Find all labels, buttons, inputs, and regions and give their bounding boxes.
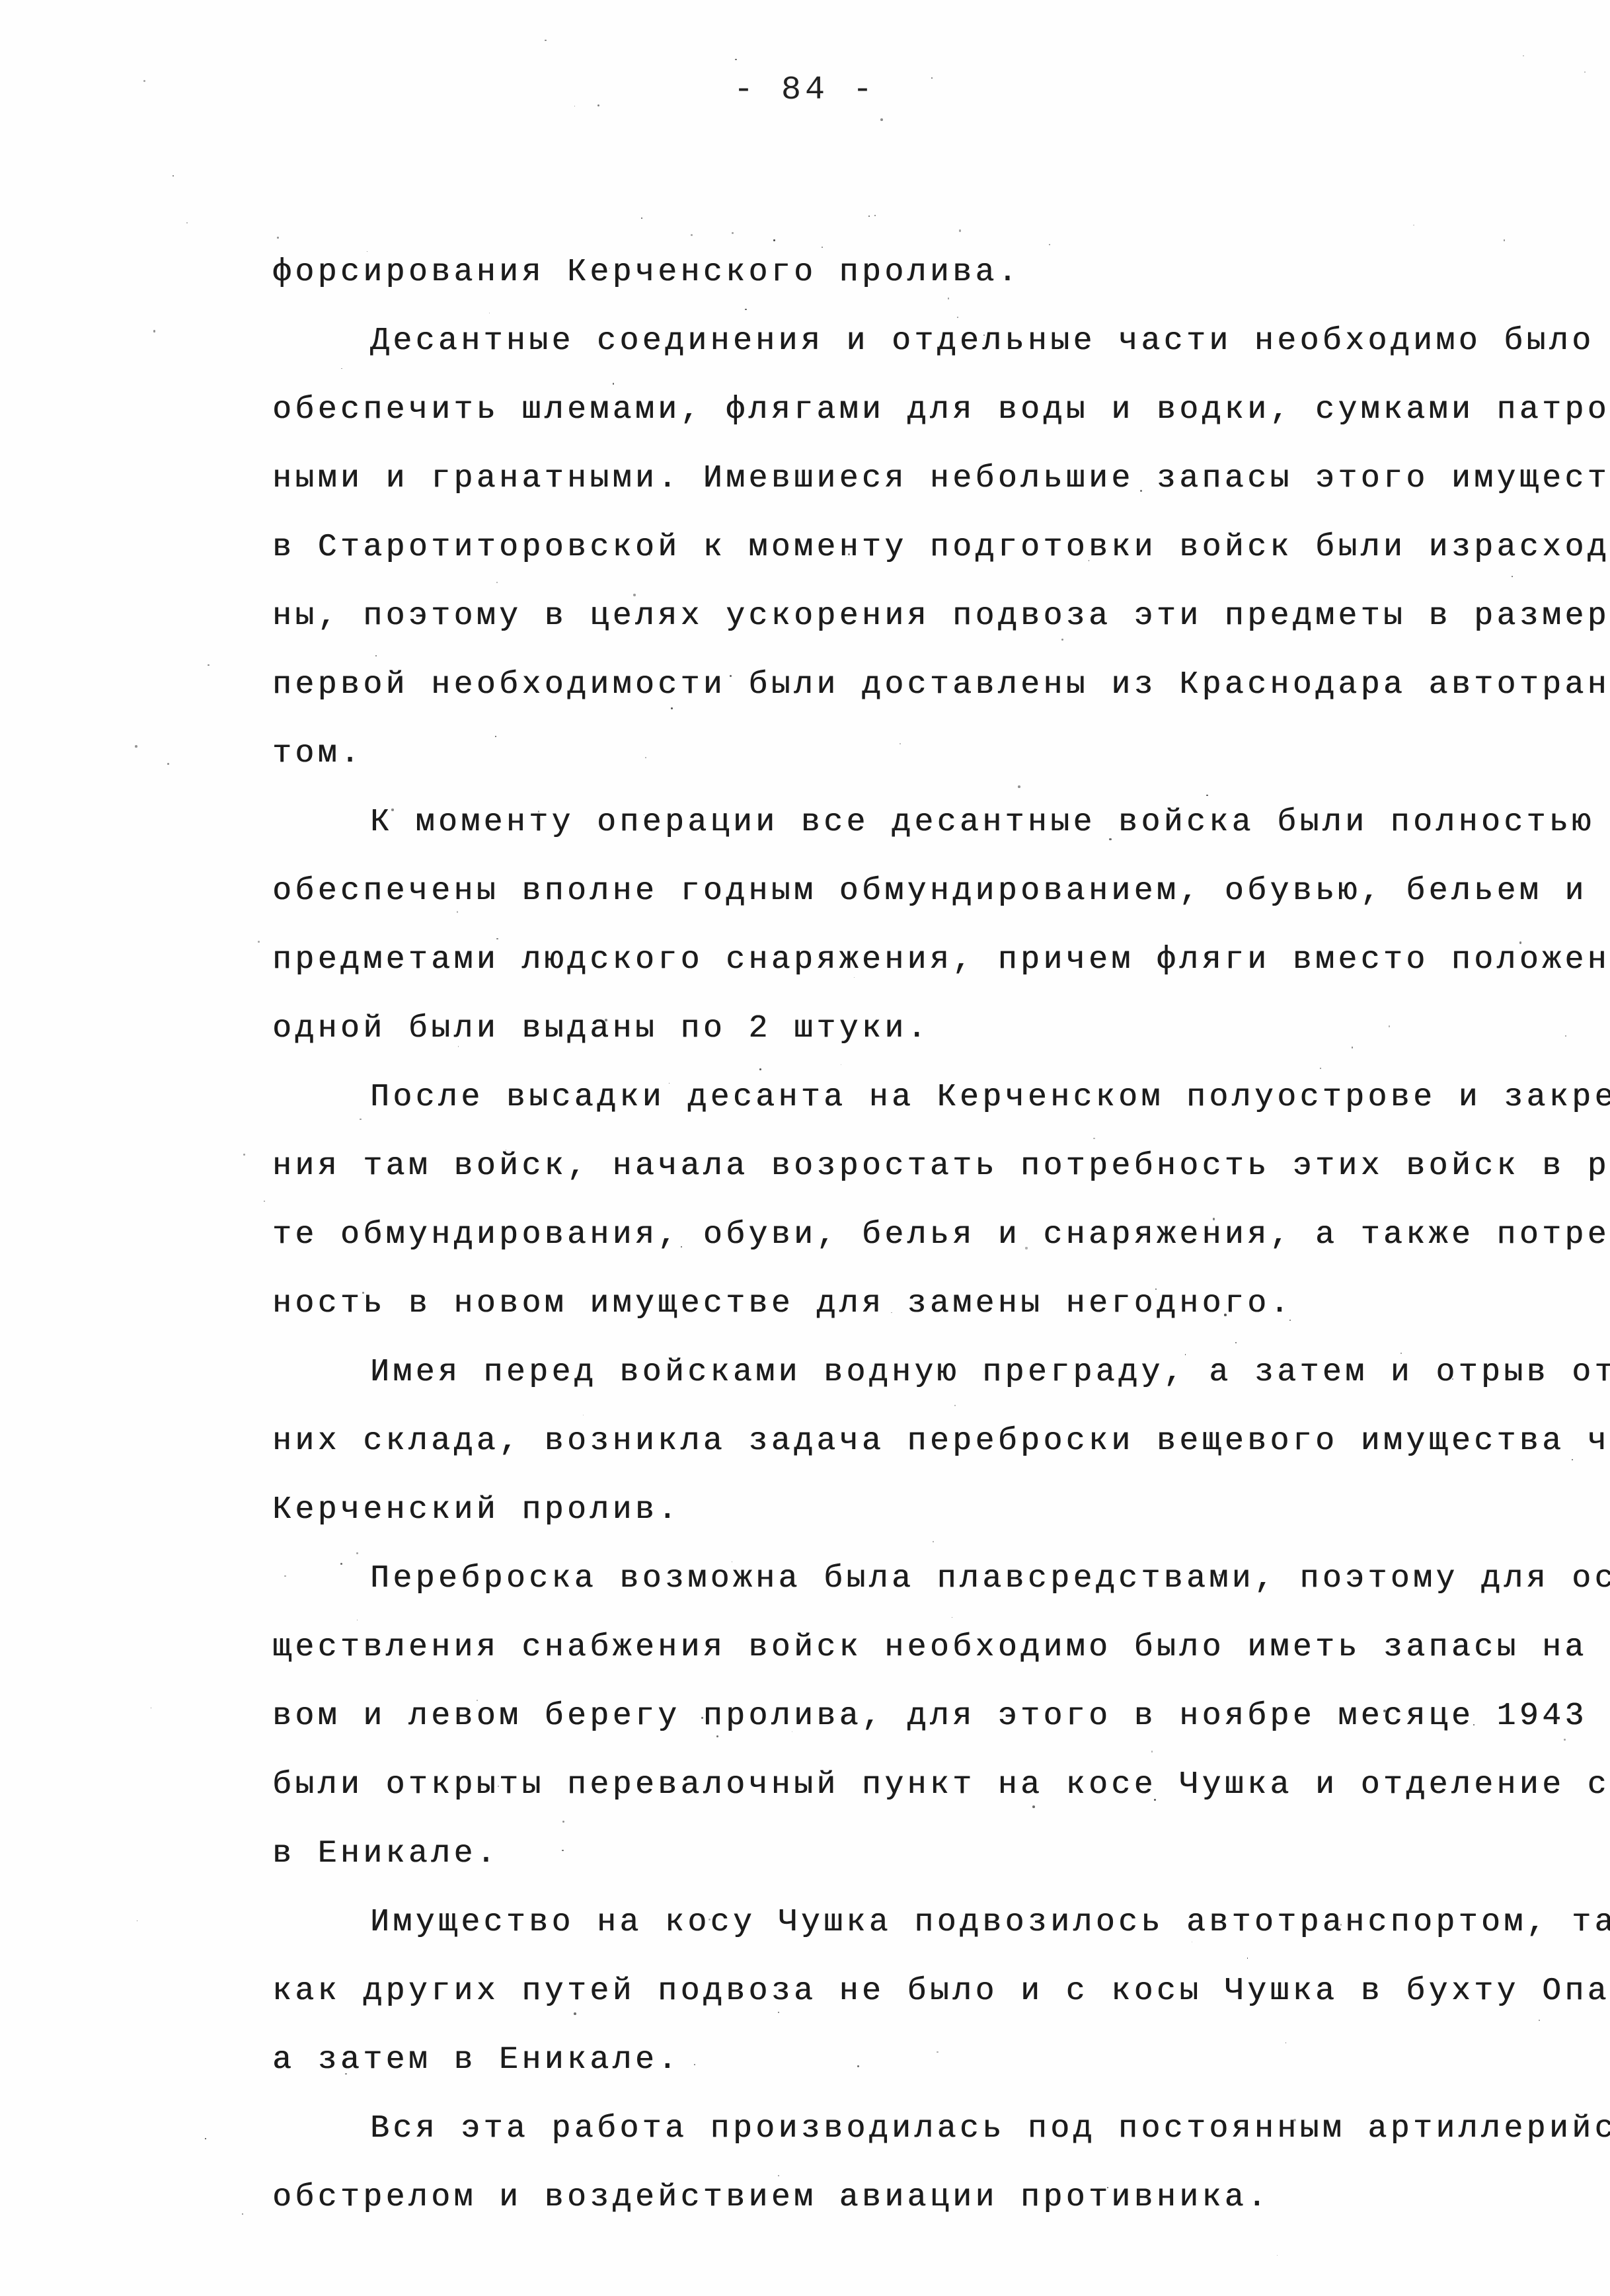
page-number: - 84 -	[0, 71, 1610, 109]
paragraph: Имея перед войсками водную преграду, а з…	[272, 1338, 1568, 1544]
text-line: ными и гранатными. Имевшиеся небольшие з…	[272, 444, 1568, 513]
paragraph: Вся эта работа производилась под постоян…	[272, 2094, 1568, 2232]
text-line: были открыты перевалочный пункт на косе …	[272, 1751, 1568, 1819]
text-line: Вся эта работа производилась под постоян…	[272, 2094, 1568, 2163]
text-line: обстрелом и воздействием авиации противн…	[272, 2163, 1568, 2232]
paragraph: Переброска возможна была плавсредствами,…	[272, 1544, 1568, 1888]
text-line: К моменту операции все десантные войска …	[272, 788, 1568, 857]
paragraph: Десантные соединения и отдельные части н…	[272, 307, 1568, 788]
text-line: предметами людского снаряжения, причем ф…	[272, 926, 1568, 994]
document-page: - 84 - форсирования Керченского пролива.…	[0, 0, 1610, 2296]
paragraph: форсирования Керченского пролива.	[272, 238, 1568, 307]
text-line: первой необходимости были доставлены из …	[272, 651, 1568, 719]
text-line: Переброска возможна была плавсредствами,…	[272, 1544, 1568, 1613]
text-line: а затем в Еникале.	[272, 2026, 1568, 2094]
text-line: Десантные соединения и отдельные части н…	[272, 307, 1568, 376]
paragraph: К моменту операции все десантные войска …	[272, 788, 1568, 1063]
text-line: После высадки десанта на Керченском полу…	[272, 1063, 1568, 1132]
text-line: Имея перед войсками водную преграду, а з…	[272, 1338, 1568, 1407]
text-line: Керченский пролив.	[272, 1476, 1568, 1544]
paragraph: Имущество на косу Чушка подвозилось авто…	[272, 1888, 1568, 2094]
text-line: обеспечены вполне годным обмундированием…	[272, 857, 1568, 926]
text-line: те обмундирования, обуви, белья и снаряж…	[272, 1201, 1568, 1269]
text-line: ность в новом имуществе для замены негод…	[272, 1269, 1568, 1338]
text-line: них склада, возникла задача переброски в…	[272, 1407, 1568, 1476]
text-line: вом и левом берегу пролива, для этого в …	[272, 1682, 1568, 1751]
document-body: форсирования Керченского пролива.Десантн…	[272, 238, 1568, 2232]
text-line: ны, поэтому в целях ускорения подвоза эт…	[272, 582, 1568, 651]
paragraph: После высадки десанта на Керченском полу…	[272, 1063, 1568, 1338]
text-line: Имущество на косу Чушка подвозилось авто…	[272, 1888, 1568, 1957]
text-line: одной были выданы по 2 штуки.	[272, 994, 1568, 1063]
text-line: обеспечить шлемами, флягами для воды и в…	[272, 376, 1568, 444]
text-line: как других путей подвоза не было и с кос…	[272, 1957, 1568, 2026]
text-line: форсирования Керченского пролива.	[272, 238, 1568, 307]
text-line: в Старотиторовской к моменту подготовки …	[272, 513, 1568, 582]
text-line: ществления снабжения войск необходимо бы…	[272, 1613, 1568, 1682]
text-line: ния там войск, начала возростать потребн…	[272, 1132, 1568, 1201]
text-line: в Еникале.	[272, 1819, 1568, 1888]
text-line: том.	[272, 719, 1568, 788]
